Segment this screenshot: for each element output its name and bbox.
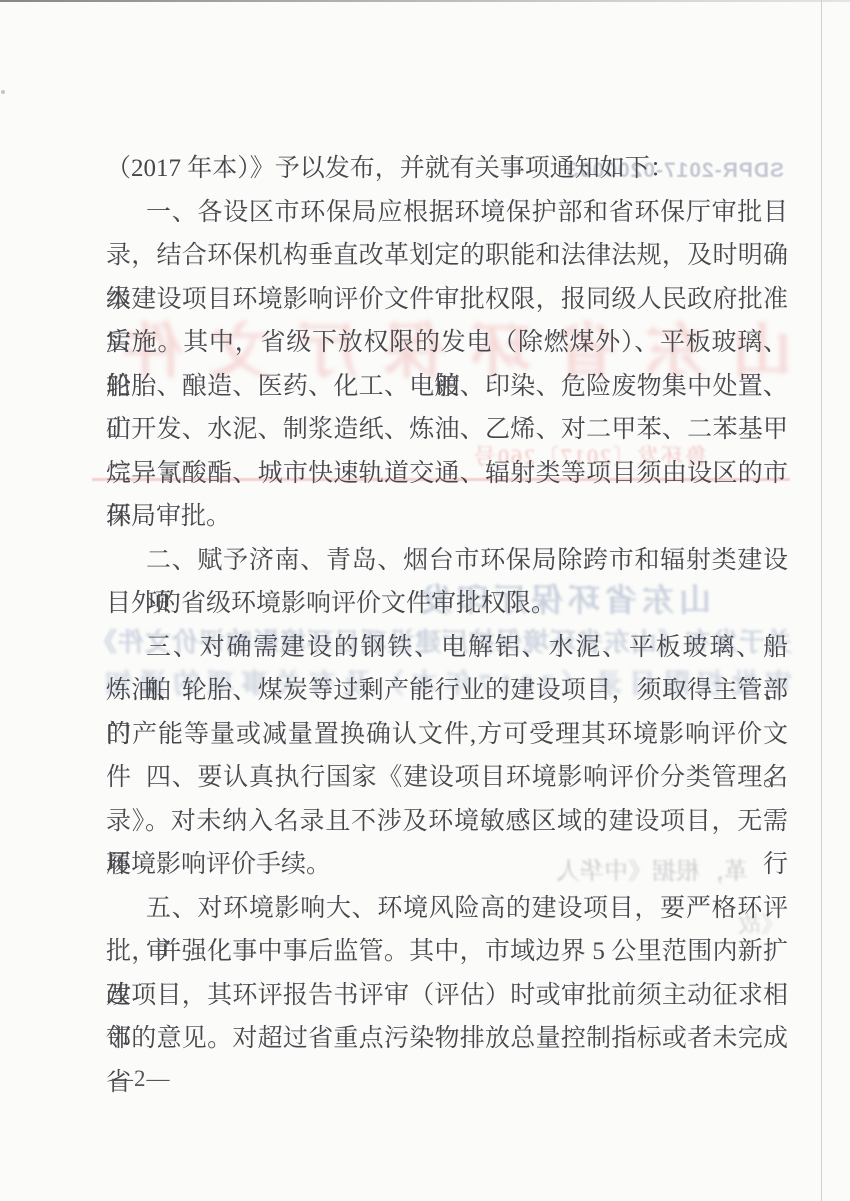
text-line: 山开发、水泥、制浆造纸、炼油、乙烯、对二甲苯、二苯基甲烷: [106, 408, 788, 452]
text-line: 目外的省级环境影响评价文件审批权限。: [106, 582, 788, 626]
text-line: 保局审批。: [106, 495, 788, 539]
text-line: 五、对环境影响大、环境风险高的建设项目，要严格环评审: [106, 887, 788, 931]
text-line: 建项目，其环评报告书评审（评估）时或审批前须主动征求相邻: [106, 974, 788, 1018]
text-line: 轮胎、酿造、医药、化工、电镀、印染、危险废物集中处置、矿: [106, 365, 788, 409]
text-line: 的产能等量或减量置换确认文件,方可受理其环境影响评价文件。: [106, 713, 788, 757]
text-line: 一、各设区市环保局应根据环境保护部和省环保厅审批目: [106, 191, 788, 235]
text-line: 炼油、轮胎、煤炭等过剩产能行业的建设项目，须取得主管部门: [106, 669, 788, 713]
text-line: 录》。对未纳入名录且不涉及环境敏感区域的建设项目，无需履行: [106, 800, 788, 844]
scan-top-edge: [0, 0, 850, 2]
text-line: 二、赋予济南、青岛、烟台市环保局除跨市和辐射类建设项: [106, 539, 788, 583]
page-number: —2—: [110, 1066, 171, 1092]
scan-fold-line: [821, 0, 822, 1201]
scan-speck: [1, 90, 5, 94]
document-body: （2017 年本）》予以发布，并就有关事项通知如下：一、各设区市环保局应根据环境…: [106, 147, 788, 1061]
text-line: 二异氰酸酯、城市快速轨道交通、辐射类等项目须由设区的市环: [106, 452, 788, 496]
scanned-document-page: SDPR-2017-0200003 山东省环保厅文件 鲁环发〔2017〕260号…: [0, 0, 850, 1201]
text-line: 级建设项目环境影响评价文件审批权限，报同级人民政府批准后: [106, 278, 788, 322]
text-line: 市的意见。对超过省重点污染物排放总量控制指标或者未完成省: [106, 1017, 788, 1061]
text-line: 录，结合环保机构垂直改革划定的职能和法律法规，及时明确本: [106, 234, 788, 278]
text-line: 三、对确需建设的钢铁、电解铝、水泥、平板玻璃、船舶、: [106, 626, 788, 670]
text-line: 四、要认真执行国家《建设项目环境影响评价分类管理名: [106, 756, 788, 800]
text-line: （2017 年本）》予以发布，并就有关事项通知如下：: [106, 147, 788, 191]
text-line: 实施。其中，省级下放权限的发电（除燃煤外）、平板玻璃、船舶、: [106, 321, 788, 365]
text-line: 批，并强化事中事后监管。其中，市域边界 5 公里范围内新扩改: [106, 930, 788, 974]
